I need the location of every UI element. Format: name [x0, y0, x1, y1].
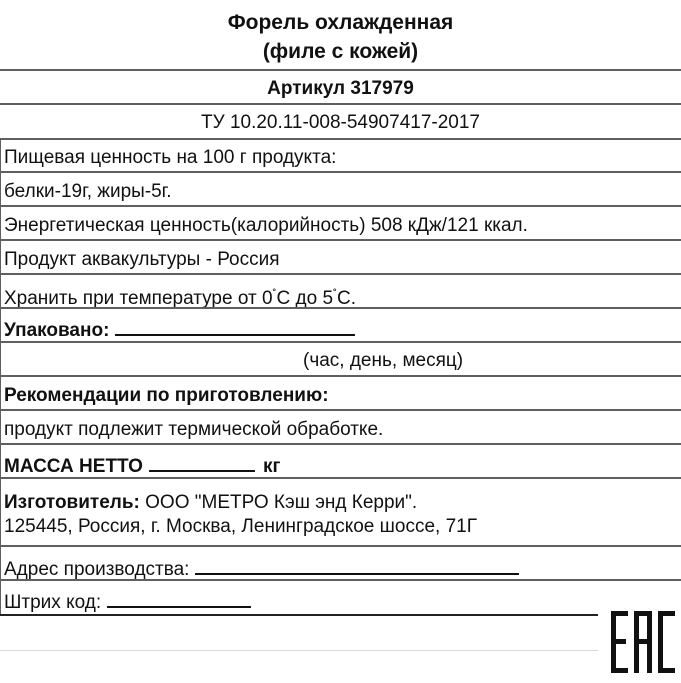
- net-weight-label: МАССА НЕТТО: [4, 456, 143, 477]
- divider: [0, 375, 681, 377]
- product-label: Форель охлажденная (филе с кожей) Артику…: [0, 0, 681, 683]
- packed-label: Упаковано:: [4, 320, 109, 341]
- storage-conditions: Хранить при температуре от 0˚С до 5˚С.: [4, 283, 356, 310]
- divider: [0, 138, 681, 140]
- nutrition-heading: Пищевая ценность на 100 г продукта:: [4, 147, 336, 169]
- barcode-label: Штрих код:: [4, 592, 101, 613]
- storage-prefix: Хранить при температуре от 0: [4, 288, 273, 309]
- barcode-field[interactable]: [107, 588, 251, 608]
- nutrition-energy: Энергетическая ценность(калорийность) 50…: [4, 215, 528, 237]
- divider: [0, 614, 598, 616]
- packed-date-field[interactable]: [115, 316, 355, 336]
- product-title-line1: Форель охлажденная: [0, 8, 681, 38]
- cooking-instructions: продукт подлежит термической обработке.: [4, 419, 383, 441]
- net-weight-unit: кг: [263, 456, 280, 477]
- manufacturer-row: Изготовитель: ООО "МЕТРО Кэш энд Керри".: [4, 492, 417, 514]
- cooking-heading: Рекомендации по приготовлению:: [4, 385, 329, 407]
- divider: [0, 409, 681, 411]
- divider-light: [0, 650, 598, 651]
- article-number: Артикул 317979: [0, 78, 681, 100]
- production-address-label: Адрес производства:: [4, 559, 189, 580]
- divider: [0, 171, 681, 173]
- barcode-row: Штрих код:: [4, 588, 251, 614]
- divider: [0, 307, 681, 309]
- net-weight-field[interactable]: [149, 452, 255, 472]
- production-address-row: Адрес производства:: [4, 555, 519, 581]
- eac-mark-icon: [611, 611, 675, 673]
- divider: [0, 273, 681, 275]
- divider: [0, 579, 681, 581]
- divider: [0, 341, 681, 343]
- storage-mid: С до 5: [277, 288, 334, 309]
- divider: [0, 103, 681, 105]
- storage-end: С.: [337, 288, 356, 309]
- product-title-line2: (филе с кожей): [0, 37, 681, 67]
- technical-standard: ТУ 10.20.11-008-54907417-2017: [0, 112, 681, 134]
- divider: [0, 477, 681, 479]
- divider: [0, 239, 681, 241]
- manufacturer-address: 125445, Россия, г. Москва, Ленинградское…: [4, 516, 477, 538]
- packed-row: Упаковано:: [4, 316, 355, 342]
- divider: [0, 69, 681, 71]
- product-origin: Продукт аквакультуры - Россия: [4, 249, 280, 271]
- manufacturer-name: ООО "МЕТРО Кэш энд Керри".: [140, 492, 417, 513]
- production-address-field[interactable]: [195, 555, 519, 575]
- divider: [0, 545, 681, 547]
- divider: [0, 205, 681, 207]
- divider: [0, 443, 681, 445]
- manufacturer-label: Изготовитель:: [4, 492, 140, 513]
- packed-format-hint: (час, день, месяц): [303, 350, 463, 372]
- nutrition-macros: белки-19г, жиры-5г.: [4, 181, 172, 203]
- net-weight-row: МАССА НЕТТОкг: [4, 452, 280, 478]
